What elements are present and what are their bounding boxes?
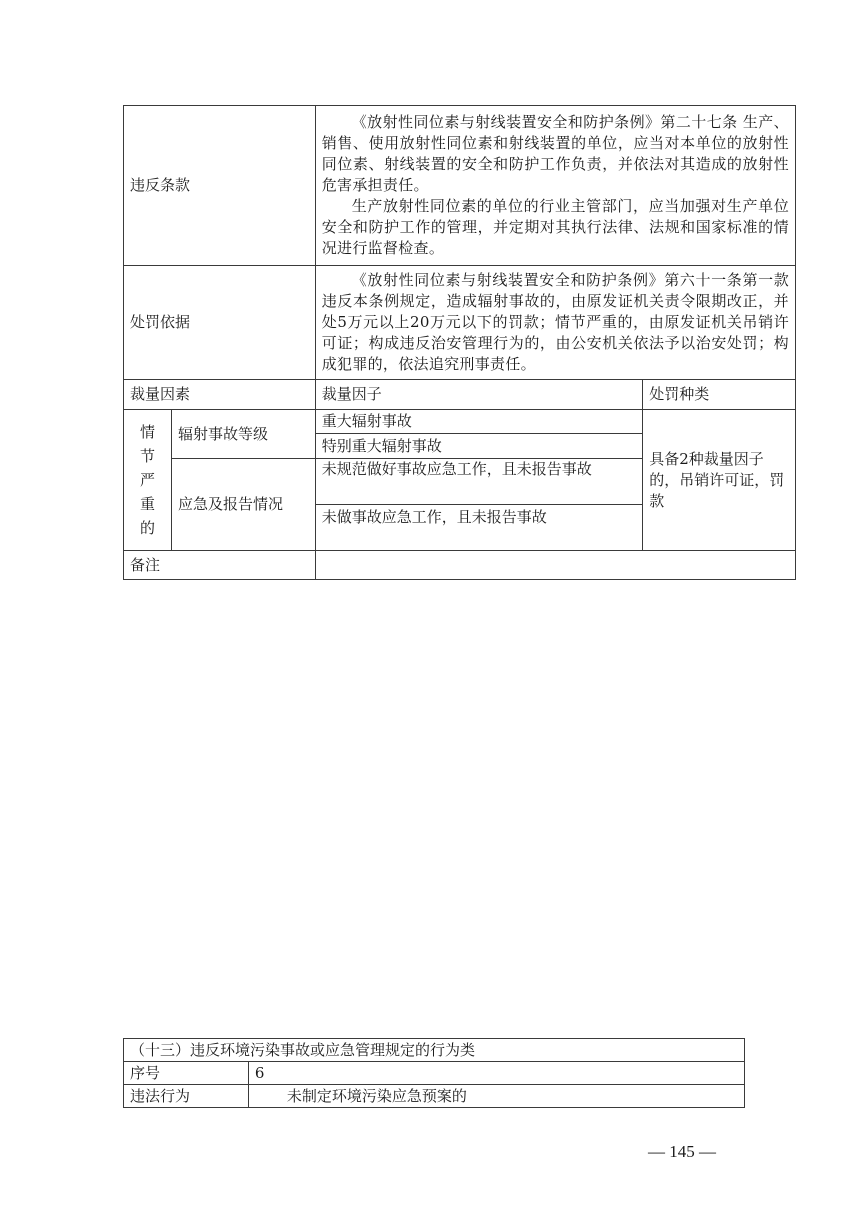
header-factor: 裁量因素: [124, 380, 316, 410]
penalty-basis-label: 处罚依据: [124, 266, 316, 380]
violation-category-table: （十三）违反环境污染事故或应急管理规定的行为类 序号 6 违法行为 未制定环境污…: [123, 1038, 745, 1108]
illegal-act-label: 违法行为: [124, 1085, 249, 1108]
factor-no-emergency: 未做事故应急工作，且未报告事故: [315, 505, 642, 551]
severity-row-1: 情 节 严 重 的 辐射事故等级 重大辐射事故 具备2种裁量因子的，吊销许可证，…: [124, 410, 796, 434]
remarks-label: 备注: [124, 551, 316, 580]
category-title-row: （十三）违反环境污染事故或应急管理规定的行为类: [124, 1039, 745, 1062]
violated-clause-paragraph-1: 《放射性同位素与射线装置安全和防护条例》第二十七条 生产、销售、使用放射性同位素…: [322, 112, 789, 196]
remarks-value: [315, 551, 795, 580]
penalty-basis-paragraph: 《放射性同位素与射线装置安全和防护条例》第六十一条第一款 违反本条例规定，造成辐…: [322, 270, 789, 375]
illegal-act-row: 违法行为 未制定环境污染应急预案的: [124, 1085, 745, 1108]
penalty-discretion-table: 违反条款 《放射性同位素与射线装置安全和防护条例》第二十七条 生产、销售、使用放…: [123, 105, 796, 580]
violated-clause-paragraph-2: 生产放射性同位素的单位的行业主管部门，应当加强对生产单位安全和防护工作的管理，并…: [322, 196, 789, 259]
serial-label: 序号: [124, 1062, 249, 1085]
violated-clause-content: 《放射性同位素与射线装置安全和防护条例》第二十七条 生产、销售、使用放射性同位素…: [315, 106, 795, 266]
serial-value: 6: [248, 1062, 744, 1085]
page-number: — 145 —: [648, 1142, 716, 1162]
header-penalty-type: 处罚种类: [643, 380, 796, 410]
penalty-basis-row: 处罚依据 《放射性同位素与射线装置安全和防护条例》第六十一条第一款 违反本条例规…: [124, 266, 796, 380]
factor-improper-emergency: 未规范做好事故应急工作，且未报告事故: [315, 459, 642, 505]
group-radiation-accident-level: 辐射事故等级: [171, 410, 315, 459]
penalty-basis-content: 《放射性同位素与射线装置安全和防护条例》第六十一条第一款 违反本条例规定，造成辐…: [315, 266, 795, 380]
illegal-act-value: 未制定环境污染应急预案的: [248, 1085, 744, 1108]
header-row: 裁量因素 裁量因子 处罚种类: [124, 380, 796, 410]
factor-especially-major-accident: 特别重大辐射事故: [315, 434, 642, 459]
severity-penalty: 具备2种裁量因子的，吊销许可证，罚款: [643, 410, 796, 551]
remarks-row: 备注: [124, 551, 796, 580]
severity-label: 情 节 严 重 的: [124, 410, 172, 551]
serial-row: 序号 6: [124, 1062, 745, 1085]
violated-clause-label: 违反条款: [124, 106, 316, 266]
factor-major-accident: 重大辐射事故: [315, 410, 642, 434]
group-emergency-reporting: 应急及报告情况: [171, 459, 315, 551]
category-title: （十三）违反环境污染事故或应急管理规定的行为类: [124, 1039, 745, 1062]
header-sub-factor: 裁量因子: [315, 380, 642, 410]
violated-clause-row: 违反条款 《放射性同位素与射线装置安全和防护条例》第二十七条 生产、销售、使用放…: [124, 106, 796, 266]
